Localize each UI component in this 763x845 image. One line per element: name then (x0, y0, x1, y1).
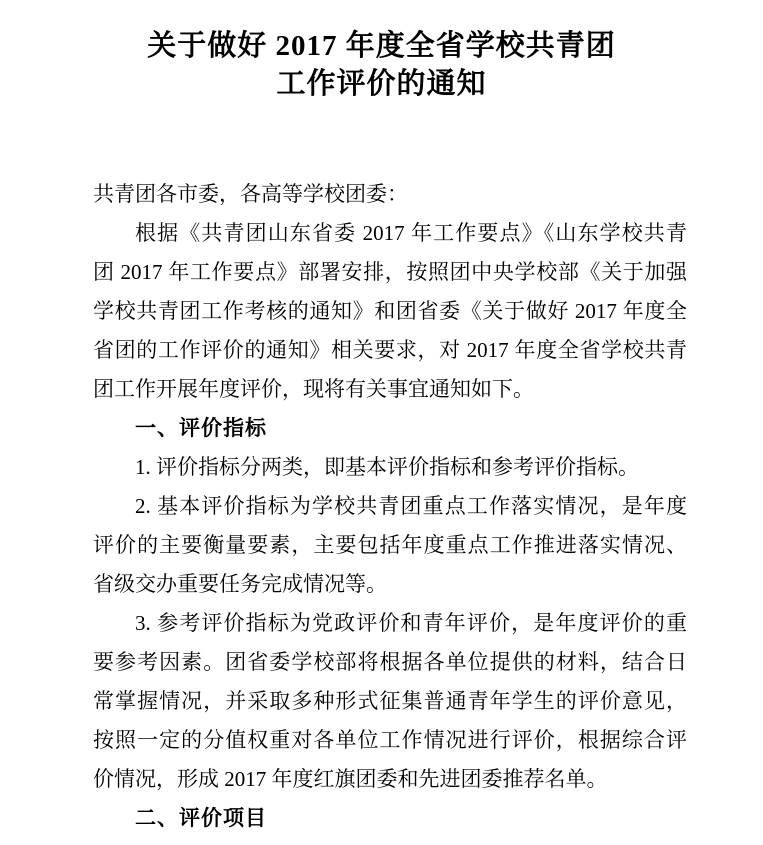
numbered-item: 3. 参考评价指标为党政评价和青年评价，是年度评价的重要参考因素。团省委学校部将… (93, 604, 687, 799)
salutation: 共青团各市委，各高等学校团委： (93, 175, 687, 214)
text-line: 常掌握情况，并采取多种形式征集普通青年学生的评价意见， (93, 682, 687, 721)
text-line: 团 2017 年工作要点》部署安排，按照团中央学校部《关于加强 (93, 253, 687, 292)
text-line: 学校共青团工作考核的通知》和团省委《关于做好 2017 年度全 (93, 292, 687, 331)
text-line: 省级交办重要任务完成情况等。 (93, 565, 687, 604)
text-line: 评价的主要衡量要素，主要包括年度重点工作推进落实情况、 (93, 526, 687, 565)
document-body: 共青团各市委，各高等学校团委：根据《共青团山东省委 2017 年工作要点》《山东… (93, 175, 687, 838)
document-title: 关于做好 2017 年度全省学校共青团 工作评价的通知 (0, 0, 763, 103)
text-line: 共青团各市委，各高等学校团委： (93, 175, 687, 214)
numbered-item: 1. 评价指标分两类，即基本评价指标和参考评价指标。 (93, 448, 687, 487)
title-line-1: 关于做好 2017 年度全省学校共青团 (0, 27, 763, 65)
section-heading: 一、评价指标 (93, 409, 687, 448)
text-line: 1. 评价指标分两类，即基本评价指标和参考评价指标。 (93, 448, 687, 487)
text-line: 根据《共青团山东省委 2017 年工作要点》《山东学校共青 (93, 214, 687, 253)
paragraph: 根据《共青团山东省委 2017 年工作要点》《山东学校共青团 2017 年工作要… (93, 214, 687, 409)
title-line-2: 工作评价的通知 (0, 65, 763, 103)
text-line: 一、评价指标 (93, 409, 687, 448)
numbered-item: 2. 基本评价指标为学校共青团重点工作落实情况，是年度评价的主要衡量要素，主要包… (93, 487, 687, 604)
text-line: 3. 参考评价指标为党政评价和青年评价，是年度评价的重 (93, 604, 687, 643)
text-line: 要参考因素。团省委学校部将根据各单位提供的材料，结合日 (93, 643, 687, 682)
text-line: 按照一定的分值权重对各单位工作情况进行评价，根据综合评 (93, 721, 687, 760)
text-line: 省团的工作评价的通知》相关要求，对 2017 年度全省学校共青 (93, 331, 687, 370)
text-line: 价情况，形成 2017 年度红旗团委和先进团委推荐名单。 (93, 760, 687, 799)
section-heading: 二、评价项目 (93, 799, 687, 838)
text-line: 2. 基本评价指标为学校共青团重点工作落实情况，是年度 (93, 487, 687, 526)
document-page: 关于做好 2017 年度全省学校共青团 工作评价的通知 共青团各市委，各高等学校… (0, 0, 763, 845)
text-line: 团工作开展年度评价，现将有关事宜通知如下。 (93, 370, 687, 409)
text-line: 二、评价项目 (93, 799, 687, 838)
